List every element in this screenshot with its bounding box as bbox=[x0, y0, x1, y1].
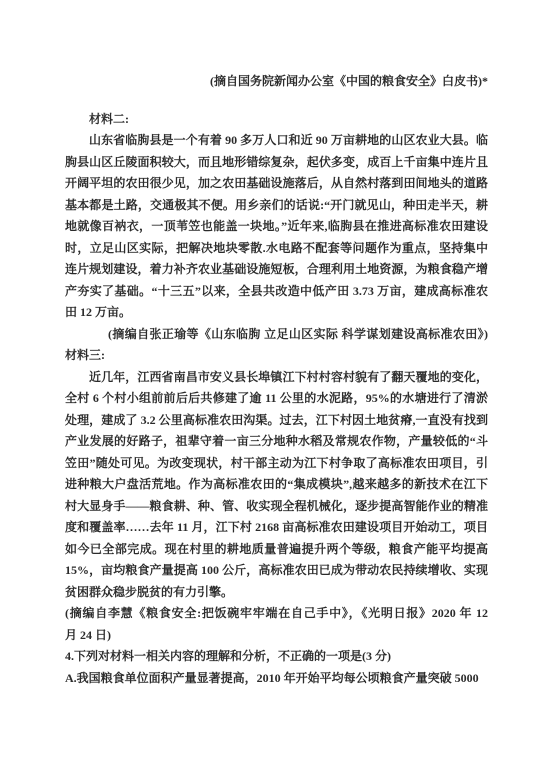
text-line: 进种粮大户盘活荒地。作为高标准农田的“集成模块”,越来越多的新技术在江下 bbox=[65, 474, 488, 496]
material-two-heading: 材料二: bbox=[65, 109, 488, 131]
material-two-attribution: (摘编自张正瑜等《山东临朐 立足山区实际 科学谋划建设高标准农田》) bbox=[65, 324, 488, 346]
text-line: 产业发展的好路子，祖辈守着一亩三分地种水稻及常规农作物，产量较低的“斗 bbox=[65, 431, 488, 453]
text-line: 贫困群众稳步脱贫的有力引擎。 bbox=[65, 582, 488, 604]
text-line: 田 12 万亩。 bbox=[65, 302, 488, 324]
text-line: 连片规划建设，着力补齐农业基础设施短板，合理利用土地资源，为粮食稳产增 bbox=[65, 259, 488, 281]
text-line: 产夯实了基础。“十三五”以来，全县共改造中低产田 3.73 万亩，建成高标准农 bbox=[65, 281, 488, 303]
material-three-attribution: 月 24 日) bbox=[65, 625, 488, 647]
text-line: 笠田”随处可见。为改变现状，村干部主动为江下村争取了高标准农田项目，引 bbox=[65, 453, 488, 475]
text-line: 山东省临朐县是一个有着 90 多万人口和近 90 万亩耕地的山区农业大县。临 bbox=[65, 130, 488, 152]
material-three-heading: 材料三: bbox=[65, 345, 488, 367]
document-content: (摘自国务院新闻办公室《中国的粮食安全》白皮书)* 材料二: 山东省临朐县是一个… bbox=[65, 71, 488, 689]
text-line: 度和覆盖率……去年 11 月，江下村 2168 亩高标准农田建设项目开始动工，项… bbox=[65, 517, 488, 539]
text-line: 基本都是土路，交通极其不便。用乡亲们的话说:“开门就见山，种田走半天，耕 bbox=[65, 195, 488, 217]
question-option-a: A.我国粮食单位面积产量显著提高，2010 年开始平均每公顷粮食产量突破 500… bbox=[65, 668, 488, 690]
material-three-attribution: (摘编自李慧《粮食安全:把饭碗牢牢端在自己手中》，《光明日报》2020 年 12 bbox=[65, 603, 488, 625]
text-line: 时，立足山区实际，把解决地块零散.水电路不配套等问题作为重点，坚持集中 bbox=[65, 238, 488, 260]
text-line: 如今已全部完成。现在村里的耕地质量普遍提升两个等级，粮食产能平均提高 bbox=[65, 539, 488, 561]
text-line: 地就像百衲衣，一顶苇笠也能盖一块地。”近年来,临朐县在推进高标准农田建设 bbox=[65, 216, 488, 238]
text-line: 村大显身手——粮食耕、种、管、收实现全程机械化，逐步提高智能作业的精准 bbox=[65, 496, 488, 518]
text-line: 全村 6 个村小组前前后后共修建了逾 11 公里的水泥路，95%的水塘进行了清淤 bbox=[65, 388, 488, 410]
question-stem: 4.下列对材料一相关内容的理解和分析，不正确的一项是(3 分) bbox=[65, 646, 488, 668]
document-page: (摘自国务院新闻办公室《中国的粮食安全》白皮书)* 材料二: 山东省临朐县是一个… bbox=[0, 0, 550, 765]
material-one-attribution: (摘自国务院新闻办公室《中国的粮食安全》白皮书)* bbox=[65, 71, 488, 93]
text-line: 朐县山区丘陵面积较大，而且地形错综复杂，起伏多变，成百上千亩集中连片且 bbox=[65, 152, 488, 174]
text-line: 15%，亩均粮食产量提高 100 公斤，高标准农田已成为带动农民持续增收、实现 bbox=[65, 560, 488, 582]
text-line: 开阔平坦的农田很少见，加之农田基础设施落后，从自然村落到田间地头的道路 bbox=[65, 173, 488, 195]
text-line: 处理，建成了 3.2 公里高标准农田沟渠。过去，江下村因土地贫瘠,一直没有找到 bbox=[65, 410, 488, 432]
text-line: 近几年，江西省南昌市安义县长埠镇江下村村容村貌有了翻天覆地的变化， bbox=[65, 367, 488, 389]
